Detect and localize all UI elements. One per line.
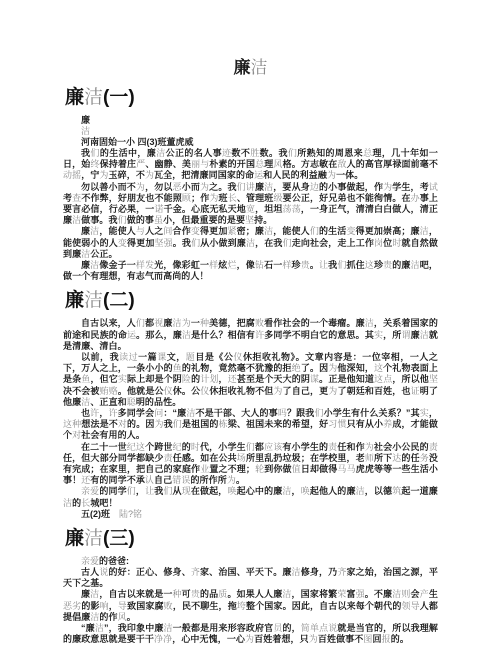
paragraph: 以前，我读过一篇课文，题目是《公仪休拒收礼物》。文章内容是：一位宰相，一人之下，…: [63, 352, 438, 408]
paragraph: 在二十一世纪这个跨世纪的时代，小学生们都应该有小学生的责任和作为社会小公民的责任…: [63, 442, 438, 487]
section-2: 廉洁(二) 自古以来，人们都视廉洁为一种美德，把腐败看作社会的一个毒瘤。廉洁，关…: [63, 289, 438, 519]
paragraph: 廉洁，自古以来就是一种可贵的品质。如果人人廉洁，国家将繁荣富强。不廉洁则会产生恶…: [63, 589, 438, 623]
section-3-heading: 廉洁(三): [65, 527, 438, 551]
section-3: 廉洁(三) 亲爱的爸爸: 古人说的好：正心、修身、齐家、治国、平天下。廉洁修身，…: [63, 527, 438, 645]
section-1: 廉洁(一) 廉 洁 河南固始一小 四(3)班董虎威 我们的生活中，廉洁公正的名人…: [63, 86, 438, 282]
paragraph: 自古以来，人们都视廉洁为一种美德，把腐败看作社会的一个毒瘤。廉洁，关系着国家的前…: [63, 318, 438, 352]
paragraph: 勿以善小而不为，勿以恶小而为之。我们讲廉洁，要从身边的小事做起，作为学生，考试考…: [63, 182, 438, 227]
paragraph: 亲爱的同学们，让我们从现在做起，唤起心中的廉洁，唤起他人的廉洁，以德筑起一道廉洁…: [63, 486, 438, 508]
document-page: 廉洁 廉洁(一) 廉 洁 河南固始一小 四(3)班董虎威 我们的生活中，廉洁公正…: [0, 0, 500, 647]
paragraph: “廉洁”，我印象中廉洁一般都是用来形容政府官员的，简单点说就是当官的，所以我理解…: [63, 623, 438, 645]
document-title: 廉洁: [63, 56, 438, 79]
paragraph: 廉洁像金子一样发光，像彩虹一样炫烂，像钻石一样珍贵。让我们抓住这珍贵的廉洁吧，做…: [63, 260, 438, 282]
paragraph: 我们的生活中，廉洁公正的名人事迹数不胜数。我们所熟知的周恩来总理，几十年如一日，…: [63, 148, 438, 182]
label-char-lian: 廉: [63, 115, 438, 126]
signature-line: 五(2)班 陆?铭: [63, 509, 438, 520]
salutation-line: 亲爱的爸爸:: [63, 556, 438, 567]
author-line: 河南固始一小 四(3)班董虎威: [63, 137, 438, 148]
label-char-jie: 洁: [63, 126, 438, 137]
section-1-heading: 廉洁(一): [65, 86, 438, 110]
paragraph: 也许，许多同学会问：“廉洁不是干部、大人的事吗？跟我们小学生有什么关系？”其实，…: [63, 408, 438, 442]
section-2-heading: 廉洁(二): [65, 289, 438, 313]
paragraph: 廉洁，能使人与人之间合作变得更加紧密；廉洁，能使人们的生活变得更加崇高；廉洁，能…: [63, 226, 438, 260]
paragraph: 古人说的好：正心、修身、齐家、治国、平天下。廉洁修身，乃齐家之始，治国之源，平天…: [63, 567, 438, 589]
